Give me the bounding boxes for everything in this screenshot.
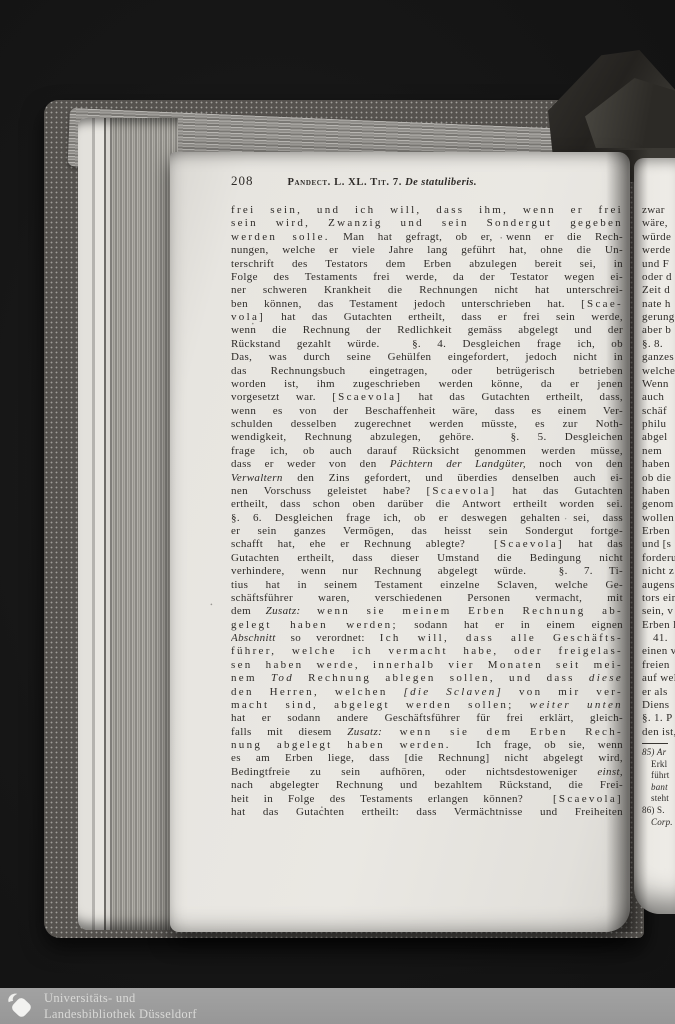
- text-line: ner schweren Krankheit die Rechnungen ni…: [231, 284, 623, 297]
- text-line: terschrift des Testators dem Erben abzul…: [231, 258, 623, 271]
- text-line: er sein ganzes Vermögen, das heisst sein…: [231, 525, 623, 538]
- text-line: den Herren, welchen [die Sclaven] von mi…: [231, 686, 623, 699]
- text-line: wenn die Rechnung der Redlichkeit gemäss…: [231, 324, 623, 337]
- text-line: vorgesetzt war. [Scaevola] hat das Gutac…: [231, 391, 623, 404]
- text-line: heit in Folge des Testaments erlangen kö…: [231, 793, 623, 806]
- text-line: nem Tod Rechnung ablegen sollen, und das…: [231, 672, 623, 685]
- text-line: ertheilt, dass schon oben darüber die An…: [231, 498, 623, 511]
- running-title-italic: De statuliberis.: [405, 177, 477, 188]
- left-page: 208Pandect. L. XL. Tit. 7. De statuliber…: [170, 152, 630, 932]
- text-line: wenn es von der Beschaffenheit wäre, das…: [231, 405, 623, 418]
- text-line: schäftsführer waren, verschiedenen Perso…: [231, 592, 623, 605]
- text-line: tius hat in seinem Testament einzelne Sc…: [231, 579, 623, 592]
- running-title: Pandect. L. XL. Tit. 7. De statuliberis.: [288, 177, 477, 188]
- text-line: schulden desselben zugerechnet werden mü…: [231, 418, 623, 431]
- text-line: nungen, welche er viele Jahre lang gefüh…: [231, 244, 623, 257]
- text-line: worden ist, ihm zugeschrieben werden kön…: [231, 378, 623, 391]
- text-line: nung abgelegt haben werden. Ich frage, o…: [231, 739, 623, 752]
- text-line: es am Erben liege, dass [die Rechnung] n…: [231, 752, 623, 765]
- text-line: führer, welche ich vermacht habe, oder f…: [231, 645, 623, 658]
- text-line: Rückstand gezahlt würde. §. 4. Desgleich…: [231, 338, 623, 351]
- text-line: Gutachten ertheilt, dass dieser Umstand …: [231, 552, 623, 565]
- text-line: frage ich, ob auch darauf Rücksicht geno…: [231, 445, 623, 458]
- scanned-book-photo: 208Pandect. L. XL. Tit. 7. De statuliber…: [0, 0, 675, 1024]
- text-line: frei sein, und ich will, dass ihm, wenn …: [231, 204, 623, 217]
- text-line: vola] hat das Gutachten ertheilt, dass e…: [231, 311, 623, 324]
- text-line: Das, was durch seine Gehülfen eingeforde…: [231, 351, 623, 364]
- text-line: das Rechnungsbuch eingetragen, oder betr…: [231, 365, 623, 378]
- text-line: dass er weder von den Pächtern der Landg…: [231, 458, 623, 471]
- text-line: Abschnitt so verordnet: Ich will, dass a…: [231, 632, 623, 645]
- text-line: Bedingtfreie zu sein aufhören, oder nich…: [231, 766, 623, 779]
- gutter-shadow: [606, 150, 648, 932]
- text-line: schafft hat, ehe er Rechnung ablegte? [S…: [231, 538, 623, 551]
- library-logo-icon: [5, 991, 37, 1022]
- text-line: §. 6. Desgleichen frage ich, ob er deswe…: [231, 512, 623, 525]
- library-footer-bar: Universitäts- und Landesbibliothek Düsse…: [0, 988, 675, 1024]
- library-name: Universitäts- und Landesbibliothek Düsse…: [44, 991, 197, 1022]
- text-line: nen Vorschuss geleistet habe? [Scaevola]…: [231, 485, 623, 498]
- text-line: gelegt haben werden; sodann hat er in ei…: [231, 619, 623, 632]
- text-line: falls mit diesem Zusatz: wenn sie dem Er…: [231, 726, 623, 739]
- library-name-line1: Universitäts- und: [44, 991, 197, 1007]
- text-line: dem Zusatz: wenn sie meinem Erben Rechnu…: [231, 605, 623, 618]
- page-header: 208Pandect. L. XL. Tit. 7. De statuliber…: [231, 172, 623, 190]
- text-line: sein wird, Zwanzig und sein Sondergut ge…: [231, 217, 623, 230]
- text-line: macht sind, abgelegt werden sollen; weit…: [231, 699, 623, 712]
- text-line: hat das Gutachten ertheilt: dass Vermäch…: [231, 806, 623, 819]
- library-name-line2: Landesbibliothek Düsseldorf: [44, 1007, 197, 1023]
- text-line: werden solle. Man hat gefragt, ob er, we…: [231, 231, 623, 244]
- text-line: Folge des Testaments frei werde, da der …: [231, 271, 623, 284]
- text-line: verhindere, wenn nur Rechnung abgelegt w…: [231, 565, 623, 578]
- text-line: ben können, das Testament jedoch untersc…: [231, 298, 623, 311]
- text-line: sen haben werde, innerhalb vier Monaten …: [231, 659, 623, 672]
- text-line: wendigkeit, Rechnung abzulegen, gehöre. …: [231, 431, 623, 444]
- text-line: Verwaltern den Zins gefordert, und überd…: [231, 472, 623, 485]
- text-line: nach abgelegter Rechnung und bezahltem R…: [231, 779, 623, 792]
- text-line: hat er sodann andere Geschäftsführer für…: [231, 712, 623, 725]
- page-stack-left-edge: [78, 118, 178, 930]
- page-number: 208: [231, 173, 254, 188]
- body-text-block: frei sein, und ich will, dass ihm, wenn …: [231, 204, 623, 819]
